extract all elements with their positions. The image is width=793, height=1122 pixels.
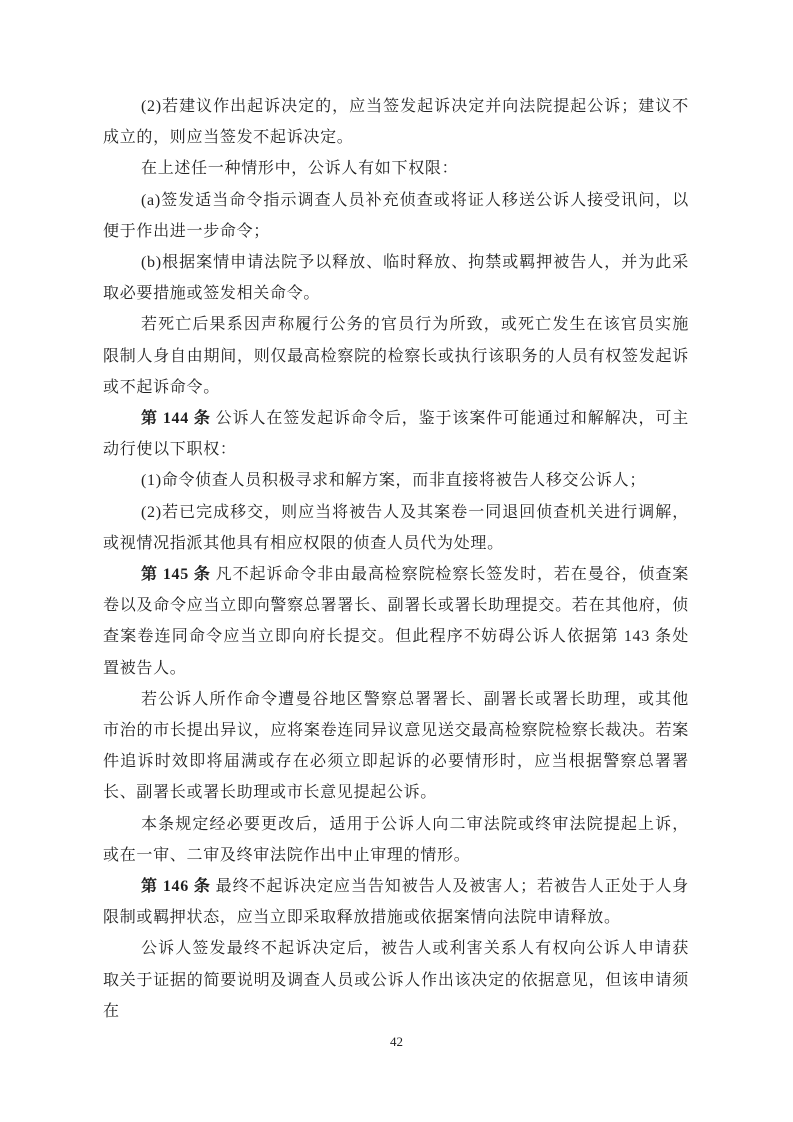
paragraph: 公诉人签发最终不起诉决定后，被告人或利害关系人有权向公诉人申请获取关于证据的简要… bbox=[103, 933, 689, 1027]
paragraph: (2)若建议作出起诉决定的，应当签发起诉决定并向法院提起公诉；建议不成立的，则应… bbox=[103, 91, 689, 153]
paragraph-text: 若死亡后果系因声称履行公务的官员行为所致，或死亡发生在该官员实施限制人身自由期间… bbox=[103, 316, 689, 395]
paragraph: 在上述任一种情形中，公诉人有如下权限： bbox=[103, 153, 689, 184]
paragraph: (1)命令侦查人员积极寻求和解方案，而非直接将被告人移交公诉人； bbox=[103, 465, 689, 496]
paragraph: 若死亡后果系因声称履行公务的官员行为所致，或死亡发生在该官员实施限制人身自由期间… bbox=[103, 309, 689, 403]
paragraph-text: 在上述任一种情形中，公诉人有如下权限： bbox=[141, 160, 458, 177]
article-number: 第 144 条 bbox=[141, 410, 211, 427]
article-number: 第 146 条 bbox=[141, 878, 211, 895]
paragraph-text: (a)签发适当命令指示调查人员补充侦查或将证人移送公诉人接受讯问，以便于作出进一… bbox=[103, 192, 689, 240]
document-body: (2)若建议作出起诉决定的，应当签发起诉决定并向法院提起公诉；建议不成立的，则应… bbox=[103, 91, 689, 1027]
paragraph: 若公诉人所作命令遭曼谷地区警察总署署长、副署长或署长助理，或其他市治的市长提出异… bbox=[103, 684, 689, 809]
paragraph: 本条规定经必要更改后，适用于公诉人向二审法院或终审法院提起上诉，或在一审、二审及… bbox=[103, 809, 689, 871]
paragraph: 第 145 条 凡不起诉命令非由最高检察院检察长签发时，若在曼谷，侦查案卷以及命… bbox=[103, 559, 689, 684]
paragraph: 第 146 条 最终不起诉决定应当告知被告人及被害人；若被告人正处于人身限制或羁… bbox=[103, 871, 689, 933]
paragraph: (a)签发适当命令指示调查人员补充侦查或将证人移送公诉人接受讯问，以便于作出进一… bbox=[103, 185, 689, 247]
paragraph-text: (1)命令侦查人员积极寻求和解方案，而非直接将被告人移交公诉人； bbox=[141, 472, 646, 489]
paragraph: (b)根据案情申请法院予以释放、临时释放、拘禁或羁押被告人，并为此采取必要措施或… bbox=[103, 247, 689, 309]
paragraph-text: (2)若已完成移交，则应当将被告人及其案卷一同退回侦查机关进行调解，或视情况指派… bbox=[103, 504, 689, 552]
document-page: (2)若建议作出起诉决定的，应当签发起诉决定并向法院提起公诉；建议不成立的，则应… bbox=[0, 0, 793, 1122]
paragraph: 第 144 条 公诉人在签发起诉命令后，鉴于该案件可能通过和解解决，可主动行使以… bbox=[103, 403, 689, 465]
paragraph-text: 公诉人签发最终不起诉决定后，被告人或利害关系人有权向公诉人申请获取关于证据的简要… bbox=[103, 940, 689, 1019]
paragraph-text: (2)若建议作出起诉决定的，应当签发起诉决定并向法院提起公诉；建议不成立的，则应… bbox=[103, 98, 689, 146]
paragraph-text: 若公诉人所作命令遭曼谷地区警察总署署长、副署长或署长助理，或其他市治的市长提出异… bbox=[103, 691, 689, 802]
paragraph-text: (b)根据案情申请法院予以释放、临时释放、拘禁或羁押被告人，并为此采取必要措施或… bbox=[103, 254, 689, 302]
article-number: 第 145 条 bbox=[141, 566, 211, 583]
paragraph-text: 本条规定经必要更改后，适用于公诉人向二审法院或终审法院提起上诉，或在一审、二审及… bbox=[103, 816, 689, 864]
page-number: 42 bbox=[0, 1033, 793, 1051]
paragraph: (2)若已完成移交，则应当将被告人及其案卷一同退回侦查机关进行调解，或视情况指派… bbox=[103, 497, 689, 559]
